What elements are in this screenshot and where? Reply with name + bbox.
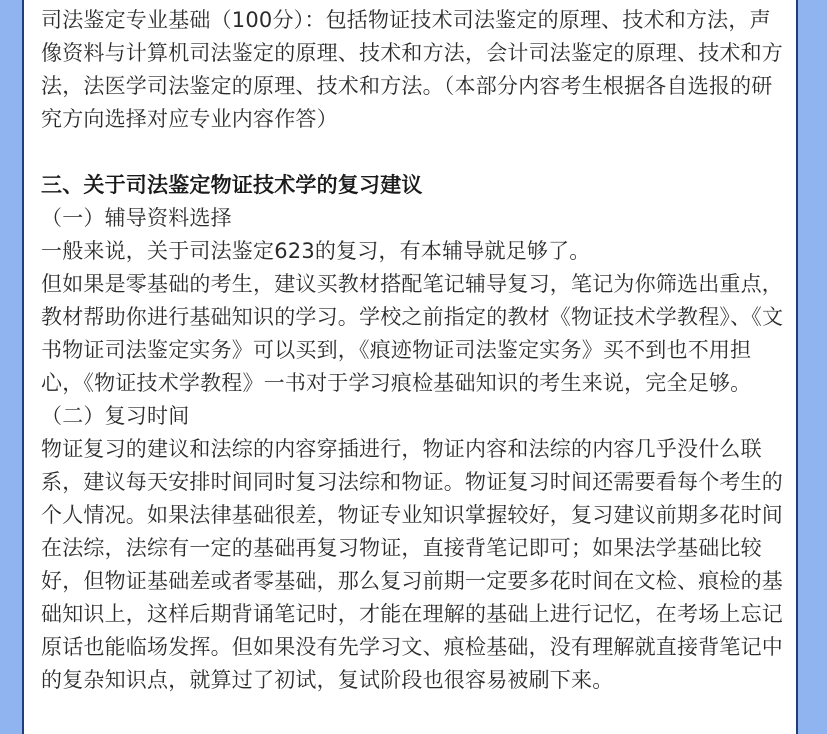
subsection-title-materials: （一）辅导资料选择 [41,202,786,235]
right-frame [798,0,827,734]
paragraph: 物证复习的建议和法综的内容穿插进行，物证内容和法综的内容几乎没什么联系，建议每天… [41,433,786,697]
paragraph: 一般来说，关于司法鉴定623的复习，有本辅导就足够了。 [41,235,786,268]
document-content: 司法鉴定专业基础（100分）：包括物证技术司法鉴定的原理、技术和方法，声像资料与… [41,4,786,697]
left-frame [0,0,22,734]
spacer [41,136,786,169]
subsection-title-schedule: （二）复习时间 [41,400,786,433]
document-page: 司法鉴定专业基础（100分）：包括物证技术司法鉴定的原理、技术和方法，声像资料与… [22,0,798,734]
intro-paragraph: 司法鉴定专业基础（100分）：包括物证技术司法鉴定的原理、技术和方法，声像资料与… [41,4,786,136]
section-heading: 三、关于司法鉴定物证技术学的复习建议 [41,169,786,202]
paragraph: 但如果是零基础的考生，建议买教材搭配笔记辅导复习，笔记为你筛选出重点，教材帮助你… [41,268,786,400]
